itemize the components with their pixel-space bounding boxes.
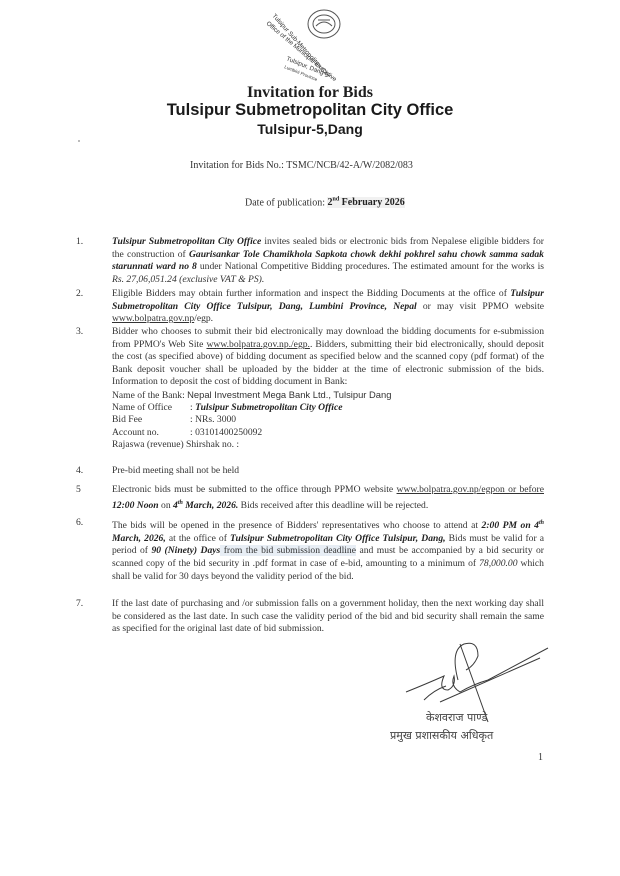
account-value: : 03101400250092 — [190, 427, 262, 438]
item-text: Bidder who chooses to submit their bid e… — [112, 326, 544, 389]
bid-reference-number: TSMC/NCB/42-A/W/2082/083 — [286, 160, 413, 171]
bid-fee-label: Bid Fee — [112, 414, 190, 427]
item-text: Pre-bid meeting shall not be held — [112, 465, 544, 478]
item-text-segment: under National Competitive Bidding proce… — [197, 261, 544, 272]
office-address: Tulsipur-5,Dang — [0, 121, 620, 137]
bid-reference-label: Invitation for Bids No.: — [190, 160, 286, 171]
item-text: Electronic bids must be submitted to the… — [112, 484, 544, 512]
item-number: 3. — [76, 326, 83, 339]
bolpatra-submission-link[interactable]: www.bolpatra.gov.np/egpon or before — [397, 484, 544, 495]
item-text: Eligible Bidders may obtain further info… — [112, 288, 544, 326]
signatory-title: प्रमुख प्रशासकीय अधिकृत — [390, 728, 493, 743]
item-text-segment: at the office of — [166, 533, 230, 544]
municipal-seal-icon: Tulsipur Sub-Metropolitan City Office of… — [262, 2, 362, 90]
publication-month-year: February 2026 — [339, 197, 405, 208]
item-text: The bids will be opened in the presence … — [112, 517, 544, 583]
item-text-segment: /egp. — [194, 313, 213, 324]
revenue-row: Rajaswa (revenue) Shirshak no. : — [112, 439, 391, 452]
item-text-segment: The bids will be opened in the presence … — [112, 520, 482, 531]
document-title: Invitation for Bids — [0, 84, 620, 102]
document-page: Tulsipur Sub-Metropolitan City Office of… — [0, 0, 620, 876]
account-row: Account no.: 03101400250092 — [112, 427, 391, 440]
item-number: 4. — [76, 465, 83, 478]
deadline-month-year: March, 2026. — [183, 500, 238, 511]
signatory-name: केशवराज पाण्डे — [426, 710, 487, 725]
page-number: 1 — [538, 752, 543, 763]
office-value: Tulsipur Submetropolitan City Office — [195, 402, 342, 413]
item-text: If the last date of purchasing and /or s… — [112, 598, 544, 636]
opening-venue: Tulsipur Submetropolitan City Office Tul… — [230, 533, 446, 544]
bank-name-value: Nepal Investment Mega Bank Ltd., Tulsipu… — [187, 389, 391, 400]
item-text-segment: Bids received after this deadline will b… — [238, 500, 428, 511]
opening-time: 2:00 PM on 4 — [482, 520, 539, 531]
item-number: 2. — [76, 288, 83, 301]
bank-name-row: Name of the Bank: Nepal Investment Mega … — [112, 389, 391, 402]
bolpatra-link[interactable]: www.bolpatra.gov.np — [112, 313, 194, 324]
bank-name-label: Name of the Bank: — [112, 390, 187, 401]
scan-speck — [78, 140, 80, 142]
item-text-segment: or may visit PPMO website — [417, 301, 544, 312]
bid-fee-row: Bid Fee: NRs. 3000 — [112, 414, 391, 427]
item-number: 1. — [76, 236, 83, 249]
item-number: 6. — [76, 517, 83, 530]
bid-fee-value: : NRs. 3000 — [190, 414, 236, 425]
item-number: 5 — [76, 484, 81, 497]
item-text: Tulsipur Submetropolitan City Office inv… — [112, 236, 544, 286]
publication-date-label: Date of publication: — [245, 197, 327, 208]
office-name: Tulsipur Submetropolitan City Office — [0, 101, 620, 120]
publication-date: Date of publication: 2nd February 2026 — [245, 197, 405, 208]
item-text-segment: Electronic bids must be submitted to the… — [112, 484, 397, 495]
office-name-inline: Tulsipur Submetropolitan City Office — [112, 236, 261, 247]
item-number: 7. — [76, 598, 83, 611]
highlighted-text: from the bid submission deadline — [220, 545, 356, 556]
bid-security-amount: 78,000.00 — [479, 558, 517, 569]
office-row: Name of Office: Tulsipur Submetropolitan… — [112, 402, 391, 415]
item-text-segment: If the last date of purchasing and /or s… — [112, 598, 544, 634]
opening-month-year: March, 2026, — [112, 533, 166, 544]
validity-period: 90 (Ninety) Days — [151, 545, 220, 556]
revenue-label: Rajaswa (revenue) Shirshak no. : — [112, 439, 239, 450]
item-text-segment: on — [159, 500, 173, 511]
signature-icon — [400, 640, 560, 740]
bolpatra-egp-link[interactable]: www.bolpatra.gov.np./egp. — [206, 339, 309, 350]
item-text-segment: Pre-bid meeting shall not be held — [112, 465, 239, 476]
bank-details: Name of the Bank: Nepal Investment Mega … — [112, 389, 391, 452]
item-text-segment: Eligible Bidders may obtain further info… — [112, 288, 510, 299]
estimated-amount: Rs. 27,06,051.24 (exclusive VAT & PS). — [112, 274, 264, 285]
opening-day-suffix: th — [539, 520, 544, 526]
deadline-time: 12:00 Noon — [112, 500, 159, 511]
bid-reference: Invitation for Bids No.: TSMC/NCB/42-A/W… — [190, 160, 413, 171]
office-label: Name of Office — [112, 402, 190, 415]
account-label: Account no. — [112, 427, 190, 440]
